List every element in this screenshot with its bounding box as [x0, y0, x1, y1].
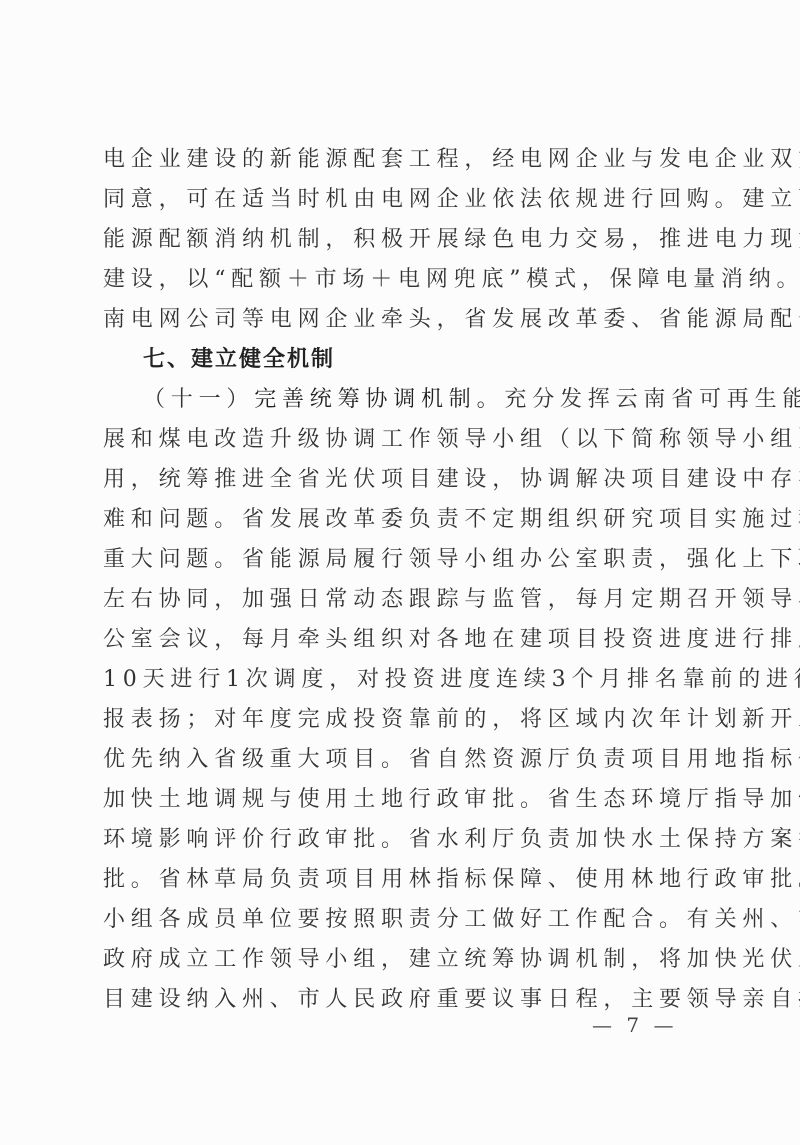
text-line: 左右协同，加强日常动态跟踪与监管，每月定期召开领导小组办 — [103, 580, 693, 620]
text-line: 10天进行1次调度，对投资进度连续3个月排名靠前的进行通 — [103, 660, 693, 700]
text-line: 电企业建设的新能源配套工程，经电网企业与发电企业双方协商 — [103, 140, 693, 180]
body-text: 电企业建设的新能源配套工程，经电网企业与发电企业双方协商 同意，可在适当时机由电… — [103, 140, 693, 1020]
text-line: 报表扬；对年度完成投资靠前的，将区域内次年计划新开工项目 — [103, 700, 693, 740]
text-line: 重大问题。省能源局履行领导小组办公室职责，强化上下联动与 — [103, 540, 693, 580]
text-line: 环境影响评价行政审批。省水利厅负责加快水土保持方案行政审 — [103, 820, 693, 860]
text-line: 难和问题。省发展改革委负责不定期组织研究项目实施过程中的 — [103, 500, 693, 540]
text-line: 展和煤电改造升级协调工作领导小组（以下简称领导小组）作 — [103, 420, 693, 460]
subsection-first-line: （十一）完善统筹协调机制。充分发挥云南省可再生能源发 — [103, 380, 693, 420]
text-line: 优先纳入省级重大项目。省自然资源厅负责项目用地指标保障， — [103, 740, 693, 780]
text-line: 批。省林草局负责项目用林指标保障、使用林地行政审批。领导 — [103, 860, 693, 900]
text-line: 加快土地调规与使用土地行政审批。省生态环境厅指导加快项目 — [103, 780, 693, 820]
text-line: 用，统筹推进全省光伏项目建设，协调解决项目建设中存在的困 — [103, 460, 693, 500]
subsection-number: （十一） — [143, 387, 254, 412]
text-line: 同意，可在适当时机由电网企业依法依规进行回购。建立可再生 — [103, 180, 693, 220]
text-line: 小组各成员单位要按照职责分工做好工作配合。有关州、市人民 — [103, 900, 693, 940]
text-line: 公室会议，每月牵头组织对各地在建项目投资进度进行排序，每 — [103, 620, 693, 660]
text-line: 南电网公司等电网企业牵头，省发展改革委、省能源局配合） — [103, 300, 693, 340]
page-number: — 7 — — [592, 1013, 677, 1037]
text-line: 能源配额消纳机制，积极开展绿色电力交易，推进电力现货市场 — [103, 220, 693, 260]
subsection-text: 充分发挥云南省可再生能源发 — [504, 387, 800, 412]
subsection-title: 完善统筹协调机制。 — [254, 387, 504, 412]
document-page: 电企业建设的新能源配套工程，经电网企业与发电企业双方协商 同意，可在适当时机由电… — [0, 0, 800, 1145]
section-heading: 七、建立健全机制 — [103, 340, 693, 380]
text-line: 政府成立工作领导小组，建立统筹协调机制，将加快光伏发电项 — [103, 940, 693, 980]
text-line: 建设，以“配额＋市场＋电网兜底”模式，保障电量消纳。（云 — [103, 260, 693, 300]
